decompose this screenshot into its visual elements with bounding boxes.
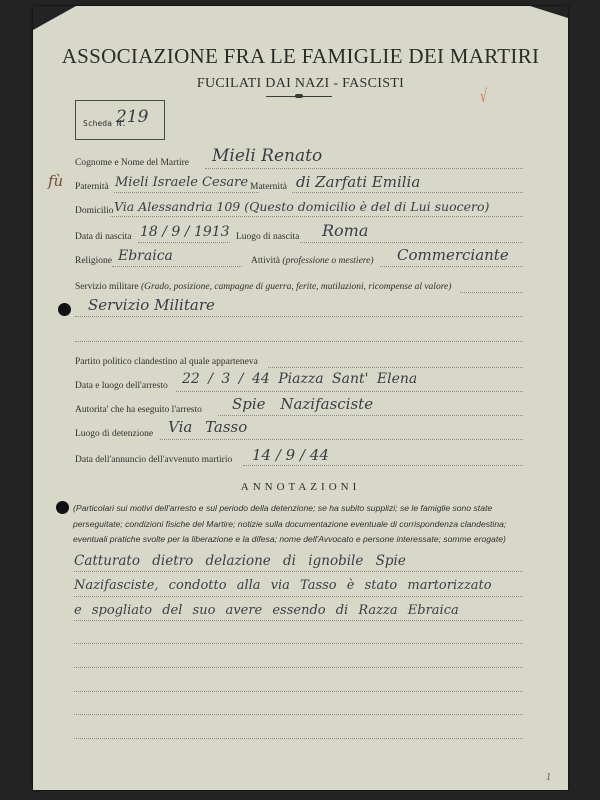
annotation-rule-8 (74, 738, 523, 739)
annotation-rule-5 (74, 667, 523, 668)
annotation-line-2: Nazifasciste, condotto alla via Tasso è … (74, 578, 492, 593)
field-line-detention (160, 439, 523, 440)
field-label-maternity: Maternità (250, 182, 287, 192)
annotation-rule-6 (74, 691, 523, 692)
annotation-rule-4 (74, 643, 523, 644)
check-mark-icon: √ (480, 86, 487, 107)
field-value-authority: Spie Nazifasciste (232, 395, 373, 413)
field-line-party (268, 367, 523, 368)
military-label-text: Servizio militare (75, 282, 139, 292)
annotations-instructions: (Particolari sui motivi dell'arresto e s… (73, 501, 513, 548)
scheda-number: 219 (116, 107, 148, 127)
folded-corner-top-left (33, 6, 76, 30)
field-value-arrest: 22 / 3 / 44 Piazza Sant' Elena (182, 371, 417, 387)
field-value-detention: Via Tasso (168, 418, 247, 436)
field-line-paternity (114, 192, 259, 193)
folded-corner-top-right (530, 6, 568, 18)
annotation-rule-2 (74, 596, 523, 597)
field-line-address (110, 216, 523, 217)
field-value-activity: Commerciante (397, 246, 509, 264)
document-title: ASSOCIAZIONE FRA LE FAMIGLIE DEI MARTIRI (33, 44, 568, 69)
field-label-name: Cognome e Nome del Martire (75, 158, 189, 168)
field-value-name: Mieli Renato (212, 146, 322, 166)
margin-note: fù (48, 172, 63, 190)
document-subtitle: FUCILATI DAI NAZI - FASCISTI (33, 76, 568, 92)
field-value-religion: Ebraica (118, 248, 173, 264)
field-label-detention: Luogo di detenzione (75, 429, 153, 439)
annotation-line-3: e spogliato del suo avere essendo di Raz… (74, 603, 459, 618)
field-line-military-1 (460, 292, 523, 293)
field-value-military: Servizio Militare (88, 296, 215, 314)
field-label-authority: Autorita' che ha eseguito l'arresto (75, 405, 202, 415)
field-label-birth-place: Luogo di nascita (236, 232, 299, 242)
annotation-line-1: Catturato dietro delazione di ignobile S… (74, 553, 406, 569)
field-value-birth-date: 18 / 9 / 1913 (140, 224, 230, 240)
field-value-paternity: Mieli Israele Cesare (115, 175, 248, 190)
field-label-military: Servizio militare (Grado, posizione, cam… (75, 282, 545, 292)
field-label-paternity: Paternità (75, 182, 109, 192)
military-label-note: (Grado, posizione, campagne di guerra, f… (141, 282, 451, 292)
field-line-military-2 (75, 316, 523, 317)
field-label-activity: Attività (professione o mestiere) (251, 256, 374, 266)
field-label-birth-date: Data di nascita (75, 232, 131, 242)
field-value-address: Via Alessandria 109 (Questo domicilio è … (114, 199, 489, 214)
title-divider-ornament (295, 94, 303, 98)
field-value-birth-place: Roma (322, 221, 368, 240)
annotations-heading: ANNOTAZIONI (33, 481, 568, 493)
field-value-maternity: di Zarfati Emilia (296, 173, 420, 191)
field-line-name (205, 168, 523, 169)
field-line-authority (218, 415, 523, 416)
field-line-activity (380, 266, 523, 267)
field-label-address: Domicilio (75, 206, 114, 216)
field-label-religion: Religione (75, 256, 112, 266)
activity-label-note: (professione o mestiere) (282, 256, 373, 266)
field-label-arrest: Data e luogo dell'arresto (75, 381, 168, 391)
activity-label-text: Attività (251, 256, 280, 266)
field-line-birth-date (138, 242, 230, 243)
ink-blot (58, 303, 71, 316)
field-line-religion (112, 266, 242, 267)
page-number: 1 (546, 772, 551, 783)
annotation-rule-7 (74, 714, 523, 715)
field-label-martyrdom-date: Data dell'annuncio dell'avvenuto martiri… (75, 455, 232, 465)
ink-blot-2 (56, 501, 69, 514)
field-line-birth-place (300, 242, 523, 243)
annotation-rule-1 (74, 571, 523, 572)
field-value-martyrdom-date: 14 / 9 / 44 (252, 446, 329, 464)
field-line-martyrdom-date (243, 465, 523, 466)
field-line-military-3 (75, 341, 523, 342)
annotation-rule-3 (74, 620, 523, 621)
field-line-maternity (292, 192, 523, 193)
field-label-party: Partito politico clandestino al quale ap… (75, 357, 258, 367)
field-line-arrest (176, 391, 523, 392)
